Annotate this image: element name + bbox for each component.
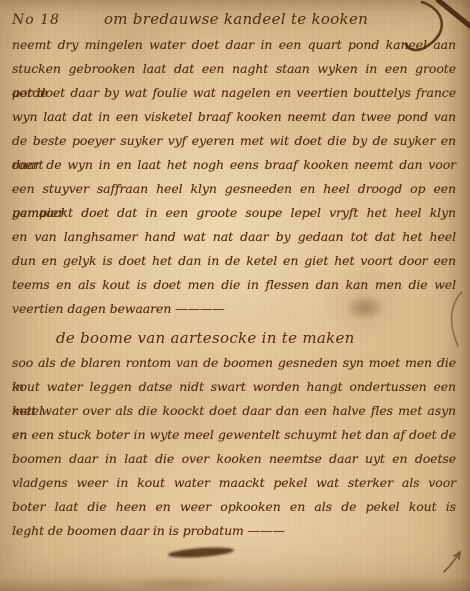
- manuscript-line: met water over als die koockt doet daar …: [12, 399, 456, 423]
- manuscript-content: No 18 om bredauwse kandeel te kooken nee…: [12, 6, 456, 543]
- recipe1-title: om bredauwse kandeel te kooken: [104, 6, 368, 33]
- manuscript-line: en een stuck boter in wyte meel gewentel…: [12, 423, 456, 447]
- manuscript-line: en van langhsamer hand wat nat daar by g…: [12, 225, 456, 249]
- manuscript-line: boter laat die heen en weer opkooken en …: [12, 495, 456, 519]
- manuscript-line: leght de boomen daar in is probatum ———: [12, 519, 456, 543]
- manuscript-line: gemaackt doet dat in een groote soupe le…: [12, 201, 456, 225]
- paper-stain: [345, 295, 385, 321]
- manuscript-line: stucken gebrooken laat dat een naght sta…: [12, 57, 456, 81]
- pen-tick-icon: [442, 550, 464, 576]
- manuscript-line: neemt dry mingelen water doet daar in ee…: [12, 33, 456, 57]
- manuscript-line: veertien dagen bewaaren ————: [12, 297, 456, 321]
- manuscript-line: pot doet daar by wat foulie wat nagelen …: [12, 81, 456, 105]
- recipe2-title: de boome van aartesocke in te maken: [56, 325, 456, 351]
- paper-stain: [120, 575, 240, 591]
- binding-edge: [0, 0, 9, 591]
- manuscript-line: boomen daar in laat die over kooken neem…: [12, 447, 456, 471]
- recipe1-body: neemt dry mingelen water doet daar in ee…: [12, 33, 456, 321]
- page-number: No 18: [12, 7, 60, 34]
- manuscript-line: daar de wyn in en laat het nogh eens bra…: [12, 153, 456, 177]
- ink-smudge: [168, 546, 234, 560]
- manuscript-line: kout water leggen datse nidt swart worde…: [12, 375, 456, 399]
- manuscript-line: dun en gelyk is doet het dan in de ketel…: [12, 249, 456, 273]
- manuscript-line: soo als de blaren rontom van de boomen g…: [12, 351, 456, 375]
- manuscript-page: No 18 om bredauwse kandeel te kooken nee…: [0, 0, 470, 591]
- recipe2-body: soo als de blaren rontom van de boomen g…: [12, 351, 456, 543]
- manuscript-line: teems en als kout is doet men die in fle…: [12, 273, 456, 297]
- manuscript-line: een stuyver saffraan heel klyn gesneeden…: [12, 177, 456, 201]
- recipe1-header: No 18 om bredauwse kandeel te kooken: [12, 6, 456, 33]
- manuscript-line: vladgens weer in kout water maackt pekel…: [12, 471, 456, 495]
- manuscript-line: de beste poeyer suyker vyf eyeren met wi…: [12, 129, 456, 153]
- manuscript-line: wyn laat dat in een visketel braaf kooke…: [12, 105, 456, 129]
